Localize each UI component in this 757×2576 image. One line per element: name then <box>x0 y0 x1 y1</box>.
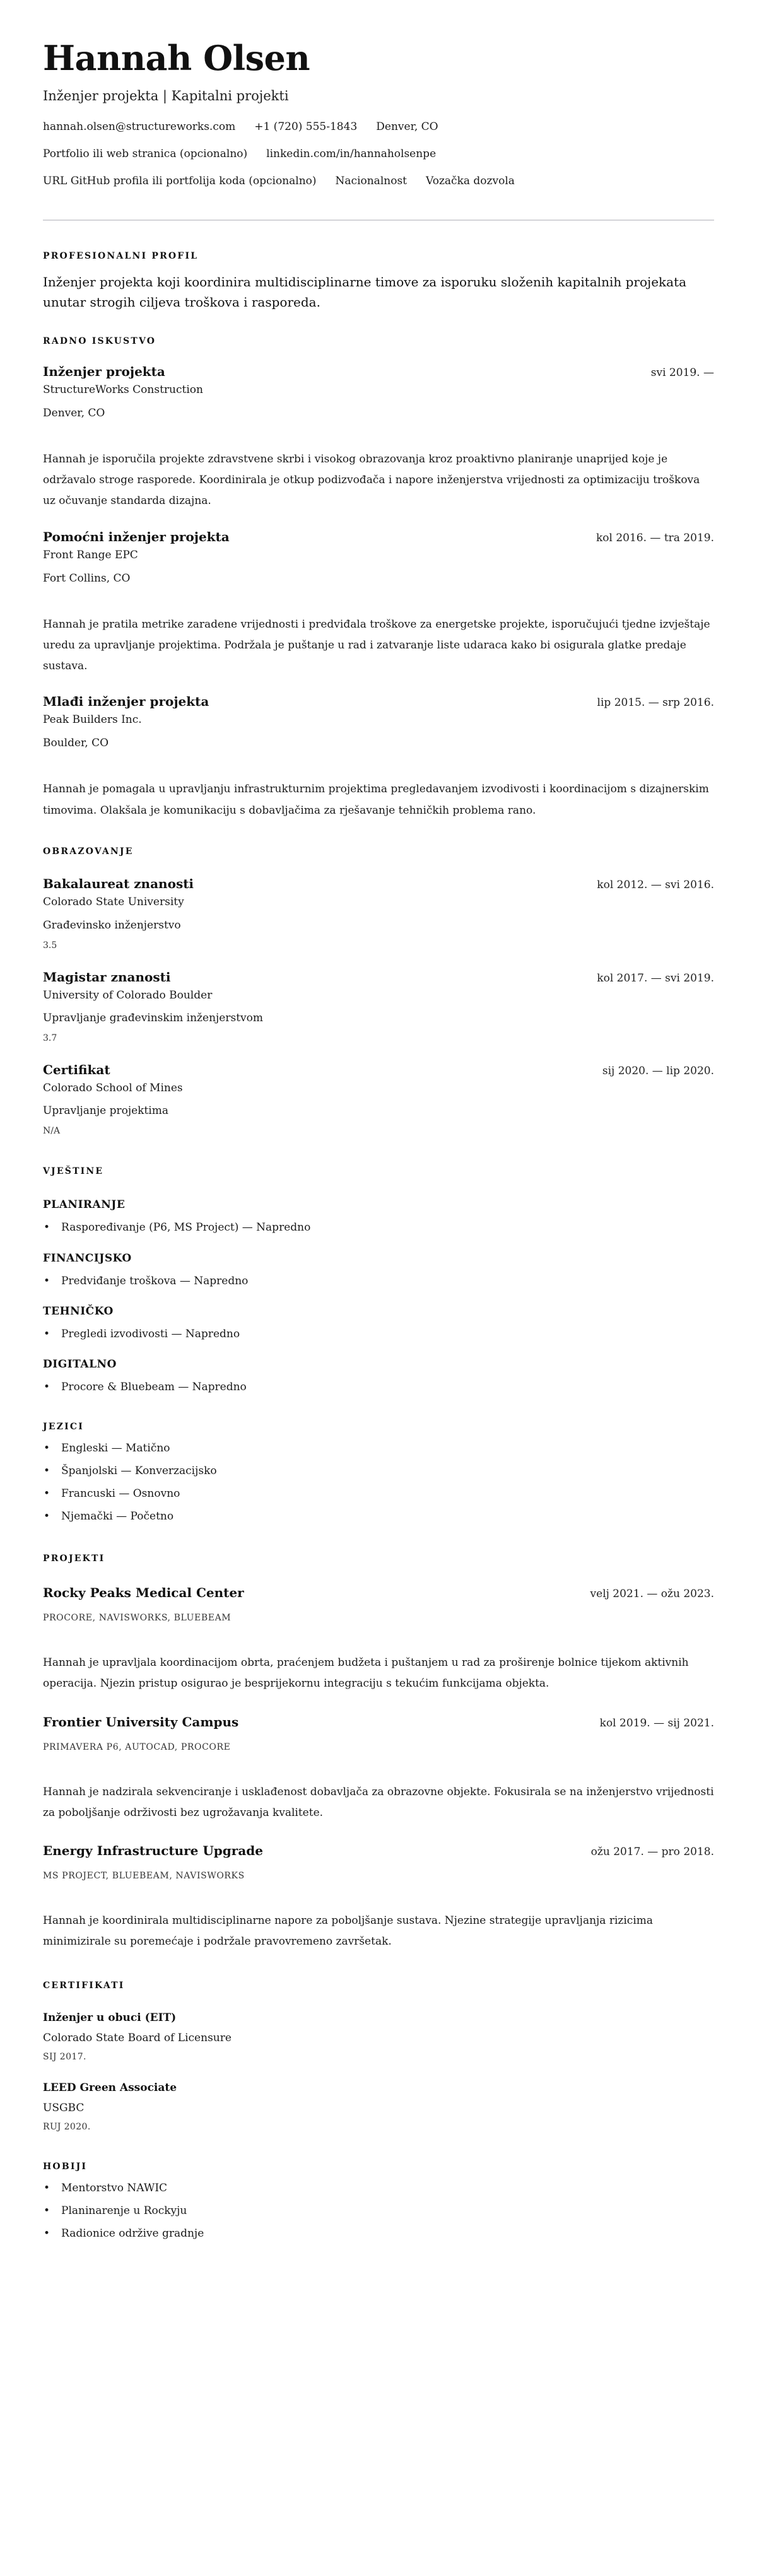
project-dates: ožu 2017. — pro 2018. <box>591 1846 714 1858</box>
section-hobbies: HOBIJI •Mentorstvo NAWIC •Planinarenje u… <box>43 2162 714 2240</box>
project-tech-stack: MS PROJECT, BLUEBEAM, NAVISWORKS <box>43 1870 714 1882</box>
project-dates: kol 2019. — sij 2021. <box>600 1717 714 1730</box>
certification-name: LEED Green Associate <box>43 2081 714 2095</box>
job-company: Peak Builders Inc. <box>43 713 714 727</box>
section-experience: RADNO ISKUSTVO Inženjer projekta svi 201… <box>43 336 714 821</box>
section-title-projects: PROJEKTI <box>43 1554 714 1564</box>
bullet-icon: • <box>44 2204 50 2218</box>
candidate-headline: Inženjer projekta | Kapitalni projekti <box>43 88 714 105</box>
bullet-icon: • <box>44 2181 50 2195</box>
project-entry: Frontier University Campus kol 2019. — s… <box>43 1714 714 1824</box>
section-title-hobbies: HOBIJI <box>43 2162 714 2172</box>
certification-name: Inženjer u obuci (EIT) <box>43 2011 714 2025</box>
section-certifications: CERTIFIKATI Inženjer u obuci (EIT) Color… <box>43 1981 714 2133</box>
language-item: •Francuski — Osnovno <box>43 1487 714 1501</box>
header-divider <box>43 220 714 221</box>
gpa: N/A <box>43 1125 714 1137</box>
project-tech-stack: PROCORE, NAVISWORKS, BLUEBEAM <box>43 1612 714 1624</box>
job-location: Denver, CO <box>43 406 714 420</box>
project-name: Energy Infrastructure Upgrade <box>43 1842 263 1859</box>
job-description: Hannah je isporučila projekte zdravstven… <box>43 449 714 512</box>
field-of-study: Upravljanje projektima <box>43 1104 714 1118</box>
degree-title: Bakalaureat znanosti <box>43 875 194 892</box>
bullet-icon: • <box>44 1221 50 1234</box>
bullet-icon: • <box>44 1274 50 1288</box>
school-name: Colorado State University <box>43 895 714 909</box>
skill-category: FINANCIJSKO <box>43 1251 714 1265</box>
hobby-item: •Planinarenje u Rockyju <box>43 2204 714 2218</box>
job-dates: lip 2015. — srp 2016. <box>597 696 714 709</box>
resume-header: Hannah Olsen Inženjer projekta | Kapital… <box>43 38 714 188</box>
education-entry: Magistar znanosti kol 2017. — svi 2019. … <box>43 969 714 1044</box>
project-name: Rocky Peaks Medical Center <box>43 1584 244 1601</box>
skill-list: •Procore & Bluebeam — Napredno <box>43 1380 714 1394</box>
skill-category: DIGITALNO <box>43 1357 714 1371</box>
resume-page: Hannah Olsen Inženjer projekta | Kapital… <box>0 0 757 2266</box>
certification-issuer: Colorado State Board of Licensure <box>43 2031 714 2045</box>
contact-row-primary: hannah.olsen@structureworks.com +1 (720)… <box>43 120 714 134</box>
contact-drivers-license: Vozačka dozvola <box>426 174 515 188</box>
project-description: Hannah je upravljala koordinacijom obrta… <box>43 1653 714 1694</box>
field-of-study: Građevinsko inženjerstvo <box>43 918 714 932</box>
language-item: •Njemački — Početno <box>43 1509 714 1523</box>
section-title-skills: VJEŠTINE <box>43 1166 714 1177</box>
language-list: •Engleski — Matično •Španjolski — Konver… <box>43 1441 714 1523</box>
certification-entry: LEED Green Associate USGBC RUJ 2020. <box>43 2081 714 2133</box>
bullet-icon: • <box>44 1441 50 1455</box>
skill-item: •Procore & Bluebeam — Napredno <box>43 1380 714 1394</box>
project-dates: velj 2021. — ožu 2023. <box>590 1588 714 1600</box>
skill-list: •Predviđanje troškova — Napredno <box>43 1274 714 1288</box>
field-of-study: Upravljanje građevinskim inženjerstvom <box>43 1011 714 1025</box>
gpa: 3.7 <box>43 1033 714 1044</box>
language-item: •Španjolski — Konverzacijsko <box>43 1464 714 1478</box>
education-entry: Certifikat sij 2020. — lip 2020. Colorad… <box>43 1062 714 1137</box>
section-title-certifications: CERTIFIKATI <box>43 1981 714 1991</box>
degree-dates: sij 2020. — lip 2020. <box>602 1065 714 1077</box>
degree-title: Magistar znanosti <box>43 969 170 985</box>
project-entry: Energy Infrastructure Upgrade ožu 2017. … <box>43 1842 714 1952</box>
hobby-list: •Mentorstvo NAWIC •Planinarenje u Rockyj… <box>43 2181 714 2240</box>
school-name: Colorado School of Mines <box>43 1081 714 1095</box>
skill-category: TEHNIČKO <box>43 1304 714 1318</box>
skill-list: •Raspoređivanje (P6, MS Project) — Napre… <box>43 1221 714 1234</box>
bullet-icon: • <box>44 1509 50 1523</box>
contact-nationality: Nacionalnost <box>336 174 407 188</box>
gpa: 3.5 <box>43 940 714 951</box>
skill-list: •Pregledi izvodivosti — Napredno <box>43 1327 714 1341</box>
contact-location: Denver, CO <box>376 120 438 134</box>
contact-row-links: Portfolio ili web stranica (opcionalno) … <box>43 147 714 161</box>
certification-entry: Inženjer u obuci (EIT) Colorado State Bo… <box>43 2011 714 2063</box>
skill-item: •Pregledi izvodivosti — Napredno <box>43 1327 714 1341</box>
job-description: Hannah je pratila metrike zaradene vrije… <box>43 614 714 677</box>
project-entry: Rocky Peaks Medical Center velj 2021. — … <box>43 1584 714 1694</box>
degree-dates: kol 2017. — svi 2019. <box>597 972 714 985</box>
job-company: Front Range EPC <box>43 548 714 562</box>
job-dates: svi 2019. — <box>651 366 714 379</box>
contact-linkedin-link[interactable]: linkedin.com/in/hannaholsenpe <box>266 147 436 161</box>
experience-entry: Mlađi inženjer projekta lip 2015. — srp … <box>43 693 714 821</box>
section-title-experience: RADNO ISKUSTVO <box>43 336 714 347</box>
profile-summary: Inženjer projekta koji koordinira multid… <box>43 272 714 312</box>
bullet-icon: • <box>44 1464 50 1478</box>
section-languages: JEZICI •Engleski — Matično •Španjolski —… <box>43 1422 714 1523</box>
contact-row-extra: URL GitHub profila ili portfolija koda (… <box>43 174 714 188</box>
experience-entry: Pomoćni inženjer projekta kol 2016. — tr… <box>43 529 714 677</box>
job-dates: kol 2016. — tra 2019. <box>596 532 714 544</box>
degree-title: Certifikat <box>43 1062 110 1078</box>
certification-date: RUJ 2020. <box>43 2121 714 2133</box>
contact-phone[interactable]: +1 (720) 555-1843 <box>254 120 357 134</box>
certification-date: SIJ 2017. <box>43 2051 714 2063</box>
language-item: •Engleski — Matično <box>43 1441 714 1455</box>
project-description: Hannah je koordinirala multidisciplinarn… <box>43 1911 714 1952</box>
bullet-icon: • <box>44 2227 50 2240</box>
section-education: OBRAZOVANJE Bakalaureat znanosti kol 201… <box>43 846 714 1137</box>
section-projects: PROJEKTI Rocky Peaks Medical Center velj… <box>43 1554 714 1952</box>
job-company: StructureWorks Construction <box>43 383 714 397</box>
skill-item: •Raspoređivanje (P6, MS Project) — Napre… <box>43 1221 714 1234</box>
job-title: Inženjer projekta <box>43 363 165 380</box>
bullet-icon: • <box>44 1380 50 1394</box>
job-location: Fort Collins, CO <box>43 571 714 585</box>
experience-entry: Inženjer projekta svi 2019. — StructureW… <box>43 363 714 512</box>
bullet-icon: • <box>44 1487 50 1501</box>
job-title: Pomoćni inženjer projekta <box>43 529 230 545</box>
skill-category: PLANIRANJE <box>43 1198 714 1212</box>
certification-issuer: USGBC <box>43 2101 714 2115</box>
job-title: Mlađi inženjer projekta <box>43 693 209 710</box>
section-profile: PROFESIONALNI PROFIL Inženjer projekta k… <box>43 251 714 312</box>
hobby-item: •Radionice održive gradnje <box>43 2227 714 2240</box>
bullet-icon: • <box>44 1327 50 1341</box>
project-name: Frontier University Campus <box>43 1714 238 1730</box>
contact-email[interactable]: hannah.olsen@structureworks.com <box>43 120 235 134</box>
job-location: Boulder, CO <box>43 736 714 750</box>
section-skills: VJEŠTINE PLANIRANJE •Raspoređivanje (P6,… <box>43 1166 714 1395</box>
section-title-education: OBRAZOVANJE <box>43 846 714 857</box>
project-tech-stack: PRIMAVERA P6, AUTOCAD, PROCORE <box>43 1742 714 1753</box>
project-description: Hannah je nadzirala sekvenciranje i uskl… <box>43 1782 714 1824</box>
degree-dates: kol 2012. — svi 2016. <box>597 879 714 891</box>
hobby-item: •Mentorstvo NAWIC <box>43 2181 714 2195</box>
education-entry: Bakalaureat znanosti kol 2012. — svi 201… <box>43 875 714 951</box>
contact-portfolio-link[interactable]: Portfolio ili web stranica (opcionalno) <box>43 147 247 161</box>
job-description: Hannah je pomagala u upravljanju infrast… <box>43 779 714 821</box>
school-name: University of Colorado Boulder <box>43 988 714 1002</box>
section-title-profile: PROFESIONALNI PROFIL <box>43 251 714 262</box>
skill-item: •Predviđanje troškova — Napredno <box>43 1274 714 1288</box>
section-title-languages: JEZICI <box>43 1422 714 1432</box>
candidate-name: Hannah Olsen <box>43 38 714 79</box>
contact-github-link[interactable]: URL GitHub profila ili portfolija koda (… <box>43 174 317 188</box>
